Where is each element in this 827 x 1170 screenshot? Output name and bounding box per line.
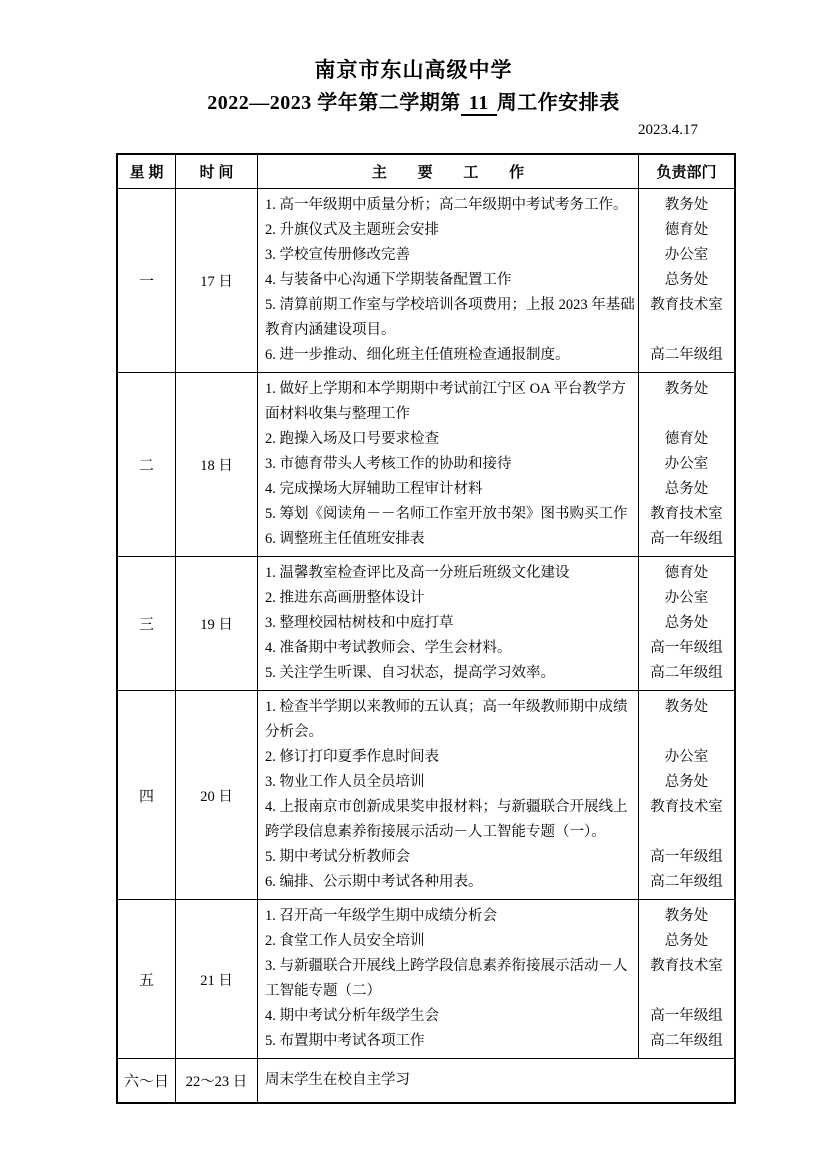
- dept-label: 办公室: [638, 243, 734, 268]
- work-item: 1. 做好上学期和本学期期中考试前江宁区 OA 平台教学方 面材料收集与整理工作…: [258, 373, 734, 427]
- day-row-tuesday: 二 18 日 1. 做好上学期和本学期期中考试前江宁区 OA 平台教学方 面材料…: [118, 372, 734, 556]
- page-subtitle: 2022—2023 学年第二学期第11周工作安排表: [0, 89, 827, 117]
- work-text: 4. 与装备中心沟通下学期装备配置工作: [258, 268, 638, 293]
- work-text: 2. 修订打印夏季作息时间表: [258, 745, 638, 770]
- dept-label: 高二年级组: [638, 870, 734, 899]
- header-time: 时 间: [176, 155, 258, 188]
- week-number: 11: [461, 92, 497, 116]
- work-item: 3. 学校宣传册修改完善办公室: [258, 243, 734, 268]
- work-item: 4. 与装备中心沟通下学期装备配置工作总务处: [258, 268, 734, 293]
- work-items: 1. 做好上学期和本学期期中考试前江宁区 OA 平台教学方 面材料收集与整理工作…: [258, 373, 734, 556]
- dept-label: 高一年级组: [638, 1004, 734, 1029]
- work-item: 4. 准备期中考试教师会、学生会材料。高一年级组: [258, 636, 734, 661]
- time-cell: 22～23 日: [176, 1059, 258, 1102]
- dept-label: 教育技术室: [638, 293, 734, 343]
- time-cell: 21 日: [176, 900, 258, 1058]
- dept-label: 教务处: [638, 691, 734, 745]
- work-item: 2. 跑操入场及口号要求检查德育处: [258, 427, 734, 452]
- day-row-weekend: 六～日 22～23 日 周末学生在校自主学习: [118, 1058, 734, 1102]
- dept-label: 办公室: [638, 745, 734, 770]
- time-cell: 19 日: [176, 557, 258, 690]
- work-item: 6. 调整班主任值班安排表高一年级组: [258, 527, 734, 556]
- work-item: 4. 完成操场大屏辅助工程审计材料总务处: [258, 477, 734, 502]
- work-item: 3. 市德育带头人考核工作的协助和接待办公室: [258, 452, 734, 477]
- day-row-friday: 五 21 日 1. 召开高一年级学生期中成绩分析会教务处 2. 食堂工作人员安全…: [118, 899, 734, 1058]
- work-item: 2. 推进东高画册整体设计办公室: [258, 586, 734, 611]
- dept-label: 高二年级组: [638, 661, 734, 690]
- dept-label: 德育处: [638, 557, 734, 586]
- work-text: 6. 进一步推动、细化班主任值班检查通报制度。: [258, 343, 638, 372]
- day-cell: 三: [118, 557, 176, 690]
- work-text: 3. 整理校园枯树枝和中庭打草: [258, 611, 638, 636]
- dept-label: 教育技术室: [638, 795, 734, 845]
- schedule-table: 星 期 时 间 主 要 工 作 负责部门 一 17 日 1. 高一年级期中质量分…: [116, 153, 736, 1104]
- work-item: 3. 整理校园枯树枝和中庭打草总务处: [258, 611, 734, 636]
- work-item: 5. 期中考试分析教师会高一年级组: [258, 845, 734, 870]
- dept-label: 教务处: [638, 189, 734, 218]
- dept-label: 总务处: [638, 611, 734, 636]
- subtitle-prefix: 2022—2023 学年第二学期第: [207, 92, 461, 114]
- work-text: 3. 学校宣传册修改完善: [258, 243, 638, 268]
- time-cell: 18 日: [176, 373, 258, 556]
- work-item: 6. 编排、公示期中考试各种用表。高二年级组: [258, 870, 734, 899]
- work-text: 5. 清算前期工作室与学校培训各项费用；上报 2023 年基础 教育内涵建设项目…: [258, 293, 638, 343]
- work-text: 1. 高一年级期中质量分析；高二年级期中考试考务工作。: [258, 189, 638, 218]
- dept-label: 总务处: [638, 770, 734, 795]
- day-row-wednesday: 三 19 日 1. 温馨教室检查评比及高一分班后班级文化建设德育处 2. 推进东…: [118, 556, 734, 690]
- work-items: 1. 召开高一年级学生期中成绩分析会教务处 2. 食堂工作人员安全培训总务处 3…: [258, 900, 734, 1058]
- work-text: 2. 食堂工作人员安全培训: [258, 929, 638, 954]
- work-item: 4. 期中考试分析年级学生会高一年级组: [258, 1004, 734, 1029]
- work-items: 1. 温馨教室检查评比及高一分班后班级文化建设德育处 2. 推进东高画册整体设计…: [258, 557, 734, 690]
- time-cell: 17 日: [176, 189, 258, 372]
- header-work: 主 要 工 作: [258, 155, 639, 188]
- work-text: 1. 温馨教室检查评比及高一分班后班级文化建设: [258, 557, 638, 586]
- dept-label: 总务处: [638, 929, 734, 954]
- day-row-monday: 一 17 日 1. 高一年级期中质量分析；高二年级期中考试考务工作。教务处 2.…: [118, 188, 734, 372]
- work-item: 3. 与新疆联合开展线上跨学段信息素养衔接展示活动－人 工智能专题（二）教育技术…: [258, 954, 734, 1004]
- page-title: 南京市东山高级中学: [0, 56, 827, 84]
- work-text: 5. 布置期中考试各项工作: [258, 1029, 638, 1058]
- work-item: 5. 布置期中考试各项工作高二年级组: [258, 1029, 734, 1058]
- dept-label: 教育技术室: [638, 954, 734, 1004]
- work-text: 2. 升旗仪式及主题班会安排: [258, 218, 638, 243]
- work-text: 6. 调整班主任值班安排表: [258, 527, 638, 556]
- work-text: 5. 筹划《阅读角－－名师工作室开放书架》图书购买工作: [258, 502, 638, 527]
- work-item: 1. 召开高一年级学生期中成绩分析会教务处: [258, 900, 734, 929]
- work-item: 2. 修订打印夏季作息时间表办公室: [258, 745, 734, 770]
- header-day: 星 期: [118, 155, 176, 188]
- work-item: 1. 温馨教室检查评比及高一分班后班级文化建设德育处: [258, 557, 734, 586]
- work-item: 6. 进一步推动、细化班主任值班检查通报制度。高二年级组: [258, 343, 734, 372]
- work-text: 4. 上报南京市创新成果奖申报材料；与新疆联合开展线上 跨学段信息素养衔接展示活…: [258, 795, 638, 845]
- work-text: 6. 编排、公示期中考试各种用表。: [258, 870, 638, 899]
- work-text: 4. 期中考试分析年级学生会: [258, 1004, 638, 1029]
- dept-label: 高二年级组: [638, 1029, 734, 1058]
- work-items: 1. 高一年级期中质量分析；高二年级期中考试考务工作。教务处 2. 升旗仪式及主…: [258, 189, 734, 372]
- work-text: 5. 关注学生听课、自习状态，提高学习效率。: [258, 661, 638, 690]
- work-text: 5. 期中考试分析教师会: [258, 845, 638, 870]
- dept-label: 高二年级组: [638, 343, 734, 372]
- work-text: 3. 物业工作人员全员培训: [258, 770, 638, 795]
- work-item: 4. 上报南京市创新成果奖申报材料；与新疆联合开展线上 跨学段信息素养衔接展示活…: [258, 795, 734, 845]
- day-cell: 四: [118, 691, 176, 899]
- dept-label: 办公室: [638, 586, 734, 611]
- work-text: 1. 检查半学期以来教师的五认真；高一年级教师期中成绩 分析会。: [258, 691, 638, 745]
- weekend-work-text: 周末学生在校自主学习: [258, 1059, 734, 1102]
- issue-date: 2023.4.17: [116, 120, 732, 140]
- header-dept: 负责部门: [639, 155, 734, 188]
- time-cell: 20 日: [176, 691, 258, 899]
- dept-label: 高一年级组: [638, 527, 734, 556]
- work-item: 5. 筹划《阅读角－－名师工作室开放书架》图书购买工作教育技术室: [258, 502, 734, 527]
- work-text: 1. 做好上学期和本学期期中考试前江宁区 OA 平台教学方 面材料收集与整理工作: [258, 373, 638, 427]
- work-item: 1. 检查半学期以来教师的五认真；高一年级教师期中成绩 分析会。教务处: [258, 691, 734, 745]
- day-cell: 五: [118, 900, 176, 1058]
- work-item: 1. 高一年级期中质量分析；高二年级期中考试考务工作。教务处: [258, 189, 734, 218]
- work-item: 5. 清算前期工作室与学校培训各项费用；上报 2023 年基础 教育内涵建设项目…: [258, 293, 734, 343]
- dept-label: 总务处: [638, 268, 734, 293]
- dept-label: 高一年级组: [638, 636, 734, 661]
- dept-label: 教务处: [638, 900, 734, 929]
- day-row-thursday: 四 20 日 1. 检查半学期以来教师的五认真；高一年级教师期中成绩 分析会。教…: [118, 690, 734, 899]
- dept-label: 高一年级组: [638, 845, 734, 870]
- day-cell: 六～日: [118, 1059, 176, 1102]
- dept-label: 总务处: [638, 477, 734, 502]
- work-text: 3. 市德育带头人考核工作的协助和接待: [258, 452, 638, 477]
- work-text: 1. 召开高一年级学生期中成绩分析会: [258, 900, 638, 929]
- subtitle-suffix: 周工作安排表: [497, 92, 620, 114]
- work-item: 5. 关注学生听课、自习状态，提高学习效率。高二年级组: [258, 661, 734, 690]
- work-item: 2. 食堂工作人员安全培训总务处: [258, 929, 734, 954]
- work-item: 2. 升旗仪式及主题班会安排德育处: [258, 218, 734, 243]
- day-cell: 一: [118, 189, 176, 372]
- dept-label: 德育处: [638, 427, 734, 452]
- work-text: 3. 与新疆联合开展线上跨学段信息素养衔接展示活动－人 工智能专题（二）: [258, 954, 638, 1004]
- day-cell: 二: [118, 373, 176, 556]
- work-text: 4. 完成操场大屏辅助工程审计材料: [258, 477, 638, 502]
- work-text: 4. 准备期中考试教师会、学生会材料。: [258, 636, 638, 661]
- table-header-row: 星 期 时 间 主 要 工 作 负责部门: [118, 155, 734, 188]
- dept-label: 办公室: [638, 452, 734, 477]
- dept-label: 教育技术室: [638, 502, 734, 527]
- dept-label: 教务处: [638, 373, 734, 427]
- document-page: 南京市东山高级中学 2022—2023 学年第二学期第11周工作安排表 2023…: [0, 0, 827, 1104]
- work-items: 1. 检查半学期以来教师的五认真；高一年级教师期中成绩 分析会。教务处 2. 修…: [258, 691, 734, 899]
- work-item: 3. 物业工作人员全员培训总务处: [258, 770, 734, 795]
- work-text: 2. 推进东高画册整体设计: [258, 586, 638, 611]
- dept-label: 德育处: [638, 218, 734, 243]
- work-text: 2. 跑操入场及口号要求检查: [258, 427, 638, 452]
